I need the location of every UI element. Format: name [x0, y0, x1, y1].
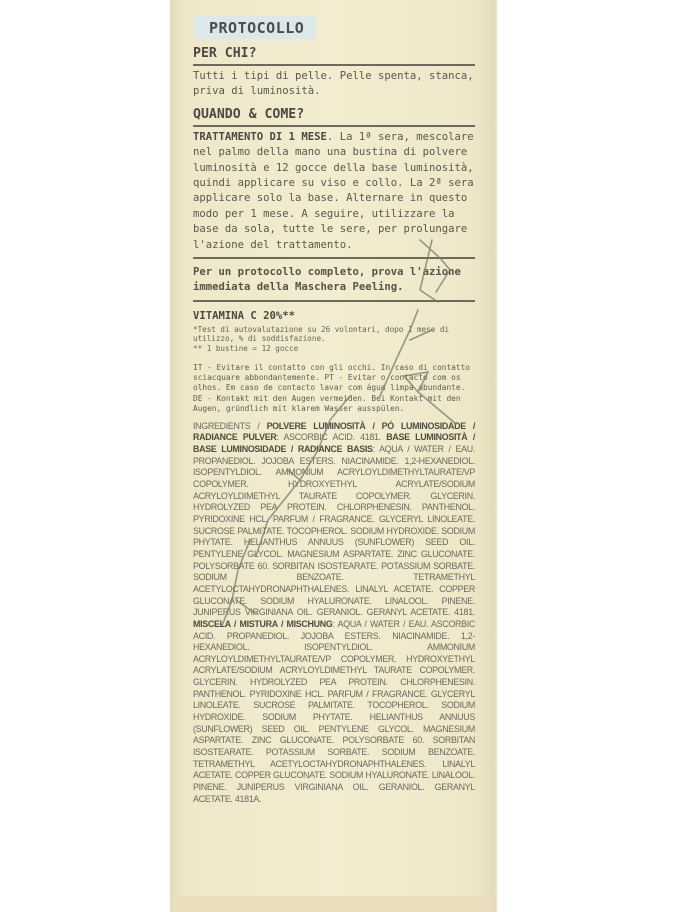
- protocol-suggestion: Per un protocollo completo, prova l'azio…: [193, 265, 475, 302]
- label-text-block: PROTOCOLLO PER CHI? Tutti i tipi di pell…: [193, 16, 475, 805]
- section-title-quando-come: QUANDO & COME?: [193, 107, 475, 127]
- footnote-dose: ** 1 bustine = 12 gocce: [193, 344, 475, 354]
- tube-edge: [494, 0, 498, 912]
- section-title-per-chi: PER CHI?: [193, 46, 475, 66]
- treatment-lead: TRATTAMENTO DI 1 MESE: [193, 131, 327, 143]
- footnotes: *Test di autovalutazione su 26 volontari…: [193, 325, 475, 354]
- treatment-instructions: . La 1ª sera, mescolare nel palmo della …: [193, 131, 474, 251]
- footnote-test: *Test di autovalutazione su 26 volontari…: [193, 325, 475, 344]
- ingredients-label: INGREDIENTS /: [193, 421, 267, 431]
- safety-warning: IT - Evitare il contatto con gli occhi. …: [193, 363, 475, 415]
- section-text-quando-come: TRATTAMENTO DI 1 MESE. La 1ª sera, mesco…: [193, 130, 475, 253]
- mix-ingredients: : AQUA / WATER / EAU. ASCORBIC ACID. PRO…: [193, 619, 475, 804]
- vitamin-c-claim: VITAMINA C 20%**: [193, 310, 475, 322]
- tube-bottom-band: [172, 896, 492, 912]
- protocol-badge: PROTOCOLLO: [193, 16, 316, 39]
- base-ingredients: : AQUA / WATER / EAU. PROPANEDIOL. JOJOB…: [193, 444, 475, 617]
- divider: [193, 257, 475, 259]
- ingredients-list: INGREDIENTS / POLVERE LUMINOSITÀ / PÓ LU…: [193, 421, 475, 806]
- section-text-per-chi: Tutti i tipi di pelle. Pelle spenta, sta…: [193, 69, 475, 100]
- mix-title: MISCELA / MISTURA / MISCHUNG: [193, 619, 332, 629]
- powder-ingredients: : ASCORBIC ACID. 4181.: [276, 432, 386, 442]
